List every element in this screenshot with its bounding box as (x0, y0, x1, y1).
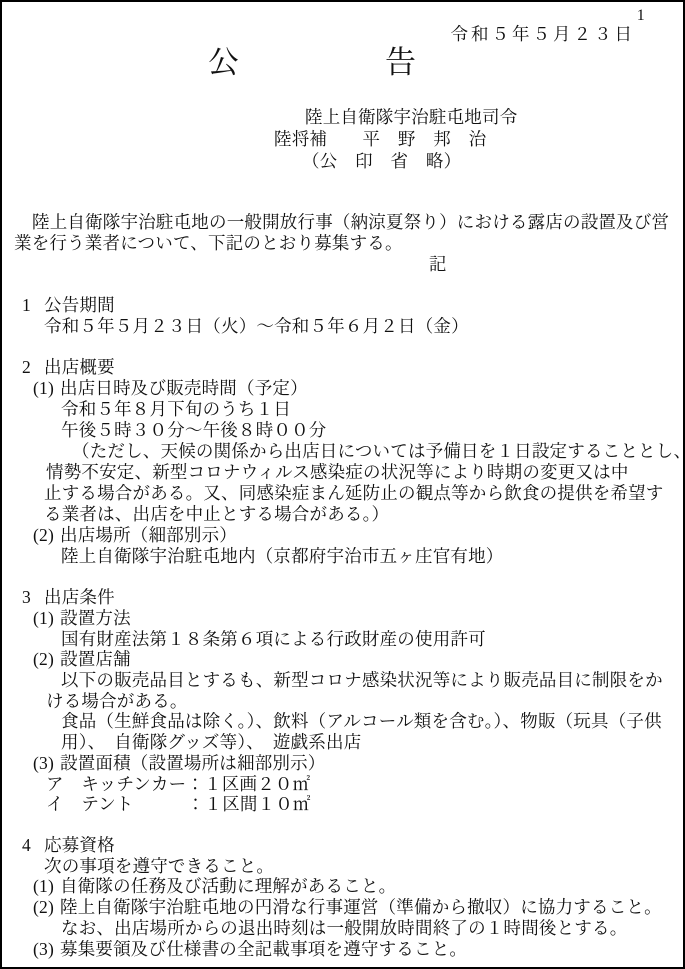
item-line: 止する場合がある。又、同感染症まん延防止の観点等から飲食の提供を希望す (44, 483, 664, 503)
item-heading: 募集要領及び仕様書の全記載事項を遵守すること。 (60, 939, 467, 959)
item-marker: (3) (33, 939, 60, 959)
section-heading: 公告期間 (44, 295, 115, 315)
item-line: 令和５年８月下旬のうち１日 (61, 399, 291, 419)
item-marker: (2) (33, 525, 60, 545)
item-line: 陸上自衛隊宇治駐屯地内（京都府宇治市五ヶ庄官有地） (61, 546, 504, 566)
preamble-line: 業を行う業者について、下記のとおり募集する。 (14, 233, 403, 253)
item-heading: 設置店舗 (60, 649, 131, 669)
item-heading: 陸上自衛隊宇治駐屯地の円滑な行事運営（準備から撤収）に協力すること。 (60, 897, 662, 917)
page-number: 1 (637, 6, 645, 26)
section-line: 次の事項を遵守できること。 (44, 856, 274, 876)
item-heading-row: (3)設置面積（設置場所は細部別示） (33, 753, 326, 773)
item-heading: 出店場所（細部別示） (60, 525, 237, 545)
record-marker: 記 (429, 254, 447, 274)
preamble-line: 陸上自衛隊宇治駐屯地の一般開放行事（納涼夏祭り）における露店の設置及び営 (32, 212, 669, 232)
section-line: 令和５年５月２３日（火）～令和５年６月２日（金） (44, 316, 469, 336)
section-number: 4 (22, 835, 44, 855)
section-heading: 出店条件 (44, 587, 115, 607)
item-line: 以下の販売品目とするも、新型コロナ感染状況等により販売品目に制限をか (61, 670, 663, 690)
section-heading: 応募資格 (44, 835, 115, 855)
item-marker: (2) (33, 897, 60, 917)
section-number: 1 (22, 295, 44, 315)
section-heading-row: 1公告期間 (22, 295, 115, 315)
item-heading-row: (2)出店場所（細部別示） (33, 525, 237, 545)
item-line: 食品（生鮮食品は除く。）、飲料（アルコール類を含む。）、物販（玩具（子供 (61, 711, 662, 731)
item-heading-row: (2)設置店舗 (33, 649, 131, 669)
item-heading-row: (2)陸上自衛隊宇治駐屯地の円滑な行事運営（準備から撤収）に協力すること。 (33, 897, 662, 917)
section-heading-row: 3出店条件 (22, 587, 115, 607)
item-heading-row: (1)自衛隊の任務及び活動に理解があること。 (33, 876, 396, 896)
section-heading: 出店概要 (44, 357, 115, 377)
section-number: 2 (22, 357, 44, 377)
official-notice-page: 1 令和５年５月２３日 公告 陸上自衛隊宇治駐屯地司令 陸将補 平 野 邦 治 … (0, 0, 685, 969)
item-marker: (1) (33, 378, 60, 398)
issuer-rank-and-name: 陸将補 平 野 邦 治 (274, 129, 486, 149)
item-marker: (1) (33, 876, 60, 896)
item-line: 用）、 自衛隊グッズ等）、 遊戯系出店 (61, 732, 361, 752)
section-heading-row: 4応募資格 (22, 835, 115, 855)
issue-date: 令和５年５月２３日 (451, 24, 636, 44)
document-title: 公告 (208, 44, 562, 82)
section-number: 3 (22, 587, 44, 607)
item-line: 午後５時３０分～午後８時００分 (61, 420, 327, 440)
item-heading: 設置面積（設置場所は細部別示） (60, 753, 326, 773)
item-heading-row: (3)募集要領及び仕様書の全記載事項を遵守すること。 (33, 939, 467, 959)
seal-omitted-note: （公 印 省 略） (302, 151, 461, 171)
item-line: ア キッチンカー：１区画２０㎡ (46, 774, 310, 794)
item-line: 情勢不安定、新型コロナウィルス感染症の状況等により時期の変更又は中 (46, 462, 629, 482)
item-marker: (1) (33, 608, 60, 628)
item-heading: 出店日時及び販売時間（予定） (60, 378, 308, 398)
item-line: 国有財産法第１８条第６項による行政財産の使用許可 (61, 629, 486, 649)
item-marker: (2) (33, 649, 60, 669)
item-line: イ テント ：１区間１０㎡ (46, 794, 311, 814)
item-line: なお、出店場所からの退出時刻は一般開放時間終了の１時間後とする。 (61, 918, 627, 938)
item-line: る業者は、出店を中止とする場合がある。） (44, 504, 389, 524)
item-heading: 設置方法 (60, 608, 131, 628)
section-heading-row: 2出店概要 (22, 357, 115, 377)
item-heading: 自衛隊の任務及び活動に理解があること。 (60, 876, 396, 896)
item-line: ける場合がある。 (46, 691, 188, 711)
item-line: （ただし、天候の関係から出店日については予備日を１日設定することとし、 (72, 441, 685, 461)
item-marker: (3) (33, 753, 60, 773)
item-heading-row: (1)設置方法 (33, 608, 131, 628)
item-heading-row: (1)出店日時及び販売時間（予定） (33, 378, 308, 398)
issuer-office: 陸上自衛隊宇治駐屯地司令 (305, 107, 517, 127)
